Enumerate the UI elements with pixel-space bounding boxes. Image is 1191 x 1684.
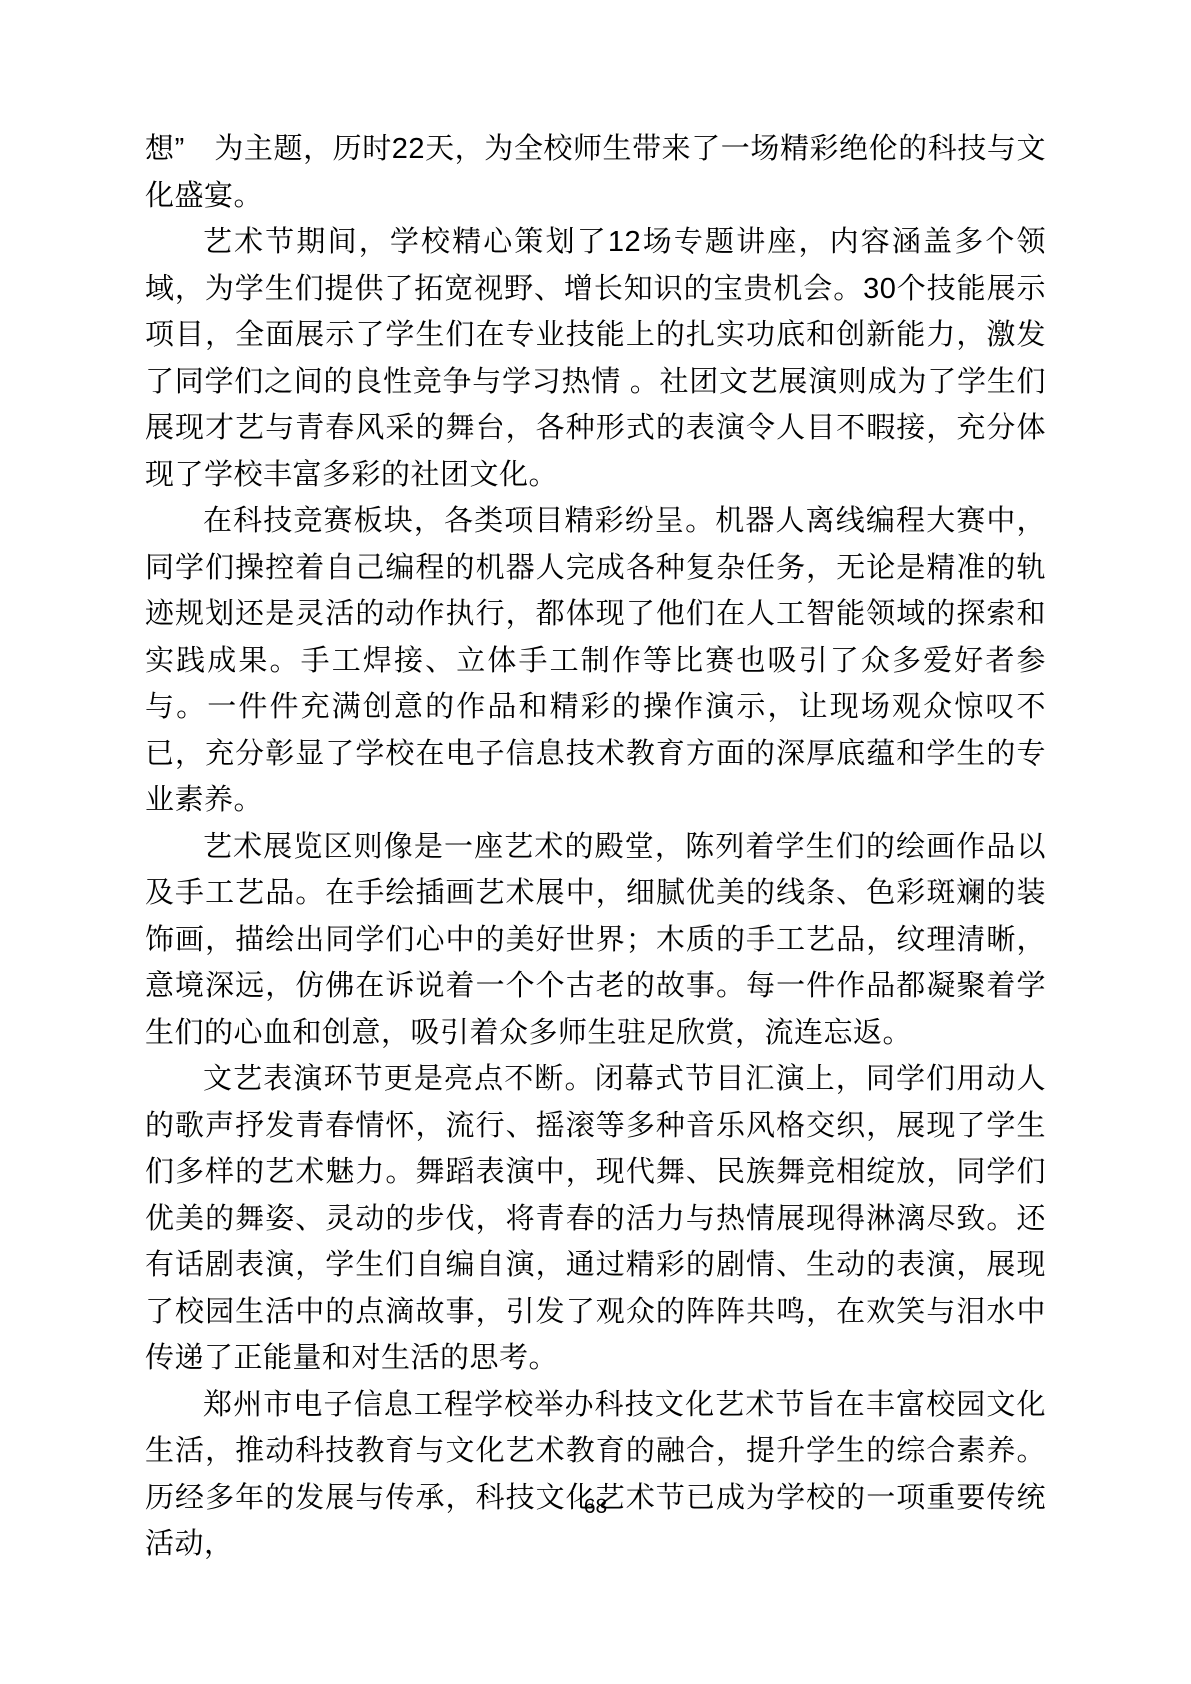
paragraph: 文艺表演环节更是亮点不断。闭幕式节目汇演上，同学们用动人的歌声抒发青春情怀，流行… — [145, 1056, 1046, 1382]
paragraph: 郑州市电子信息工程学校举办科技文化艺术节旨在丰富校园文化生活，推动科技教育与文化… — [145, 1382, 1046, 1568]
document-body: 想” 为主题，历时22天，为全校师生带来了一场精彩绝伦的科技与文化盛宴。 艺术节… — [145, 126, 1046, 1568]
page-number: 68 — [0, 1494, 1191, 1520]
paragraph-continuation: 想” 为主题，历时22天，为全校师生带来了一场精彩绝伦的科技与文化盛宴。 — [145, 126, 1046, 219]
paragraph: 艺术节期间，学校精心策划了12场专题讲座，内容涵盖多个领域，为学生们提供了拓宽视… — [145, 219, 1046, 498]
paragraph: 在科技竞赛板块，各类项目精彩纷呈。机器人离线编程大赛中，同学们操控着自己编程的机… — [145, 498, 1046, 824]
paragraph: 艺术展览区则像是一座艺术的殿堂，陈列着学生们的绘画作品以及手工艺品。在手绘插画艺… — [145, 824, 1046, 1057]
document-page: 想” 为主题，历时22天，为全校师生带来了一场精彩绝伦的科技与文化盛宴。 艺术节… — [0, 0, 1191, 1684]
